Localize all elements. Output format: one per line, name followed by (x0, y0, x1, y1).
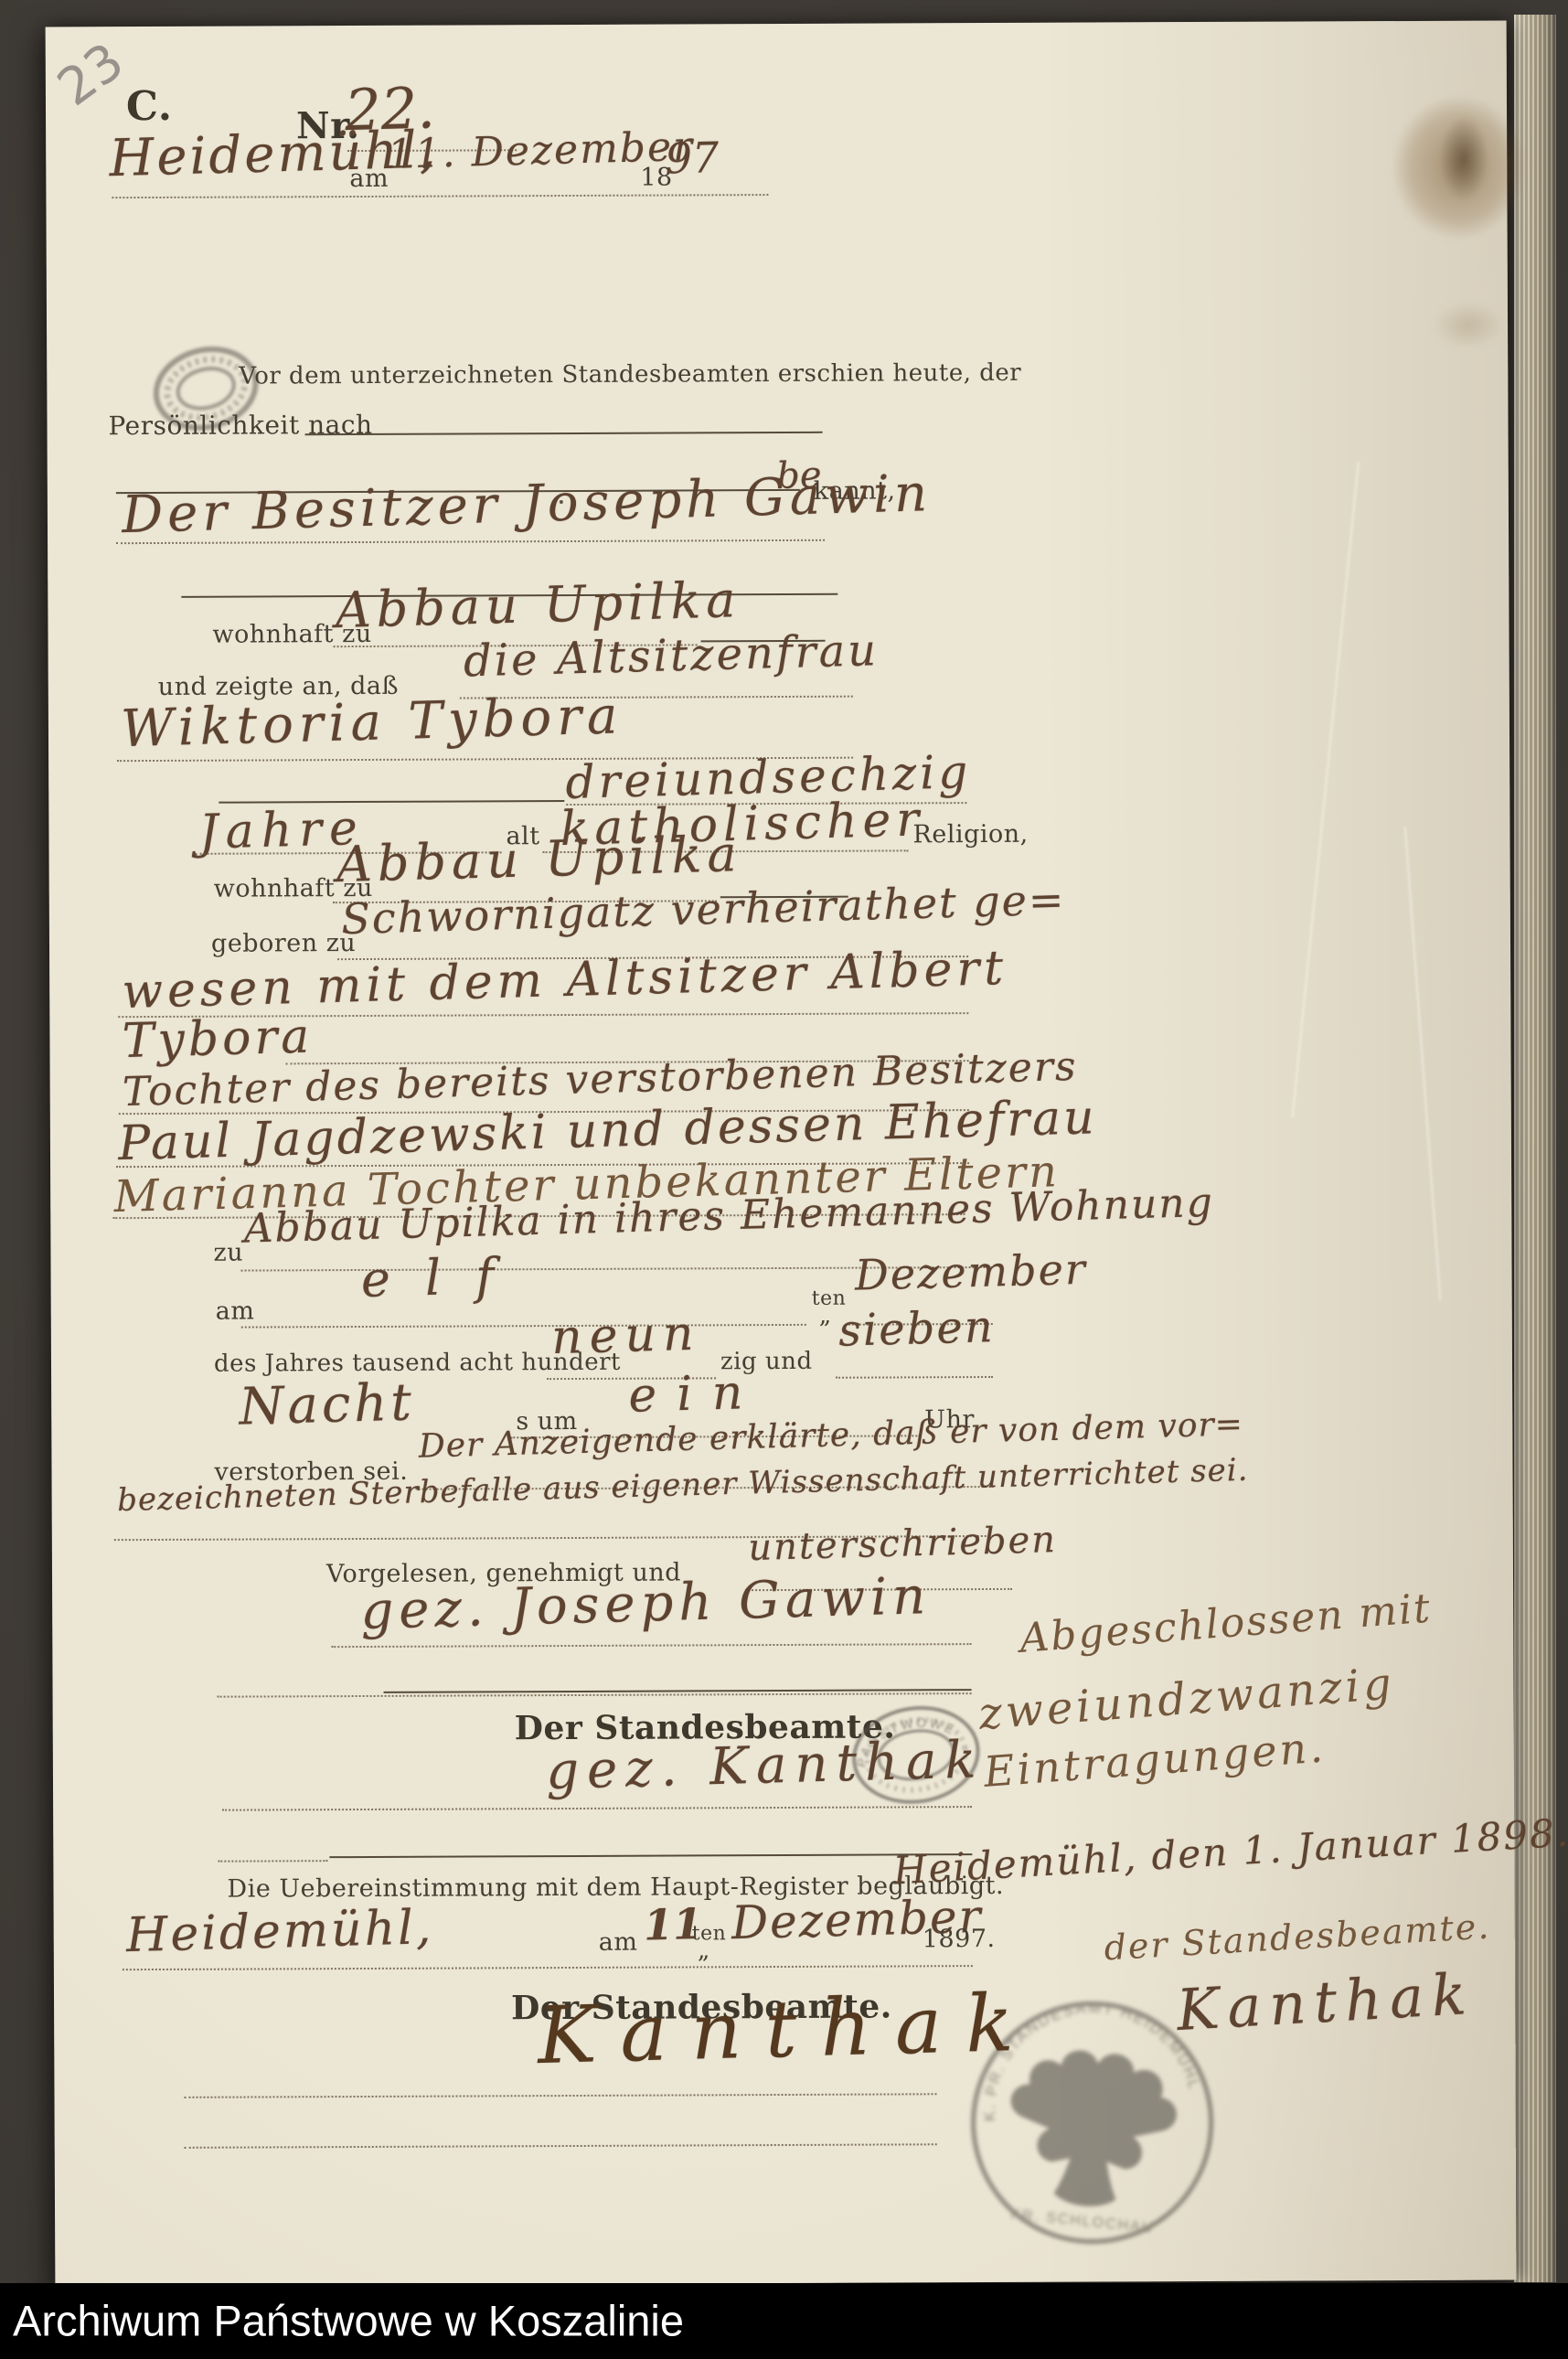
form-section-letter: C. (126, 83, 173, 130)
ten-abbrev-mark-2: „ (698, 1937, 710, 1964)
religion-label-printed: Religion, (912, 820, 1028, 849)
persoenlichkeit-label: Persönlichkeit nach (108, 410, 372, 441)
unterschrieben-handwritten: unterschrieben (748, 1519, 1058, 1569)
death-month-handwritten: Dezember (854, 1244, 1087, 1300)
hour-handwritten: ein (628, 1365, 763, 1424)
place-2-handwritten: Heidemühl, (125, 1900, 434, 1963)
rule (112, 194, 768, 198)
date-2-year-printed: 1897. (923, 1925, 996, 1953)
year-handwritten: 97 (665, 133, 720, 184)
rule (185, 2143, 937, 2149)
zu-printed: zu (213, 1239, 243, 1267)
deceased-intro-handwritten: die Altsitzenfrau (463, 624, 880, 687)
rule (218, 1860, 327, 1863)
archive-name-label: Archiwum Państwowe w Koszalinie (13, 2295, 684, 2345)
am-printed-3: am (599, 1928, 638, 1957)
pencil-folio-number: 23 (48, 32, 135, 119)
photographed-document: 23 C. Nr. 22. Heidemühl, am 11. Dezember… (0, 0, 1568, 2359)
am-printed-2: am (216, 1297, 255, 1326)
rule (218, 1692, 972, 1698)
geboren-zu-label: geboren zu (211, 929, 356, 958)
rule (123, 1965, 973, 1970)
time-word-handwritten: Nacht (239, 1372, 416, 1436)
rule (331, 1643, 971, 1648)
ten-abbrev-mark: „ (819, 1302, 832, 1329)
registrar-signature-2: Kanthak (537, 1977, 1039, 2082)
rule (329, 1853, 972, 1858)
printed-am: am (349, 165, 389, 193)
rule (184, 2093, 936, 2098)
ink-stain-core (1431, 101, 1498, 216)
rule (836, 1376, 993, 1379)
year-tens-handwritten: neun (550, 1307, 701, 1365)
rule (305, 432, 823, 435)
paper-stain (1423, 294, 1514, 355)
year-ones-handwritten: sieben (837, 1301, 995, 1357)
declarant-name-line: Der Besitzer Joseph Gawin (121, 464, 932, 545)
spouse-surname-handwritten: Tybora (122, 1009, 314, 1070)
certificate-page: 23 C. Nr. 22. Heidemühl, am 11. Dezember… (46, 21, 1517, 2287)
book-page-edges (1514, 15, 1556, 2282)
archive-watermark-bar: Archiwum Państwowe w Koszalinie (0, 2283, 1568, 2359)
registrar-signature-1: gez. Kanthak (545, 1730, 985, 1801)
intro-printed-line: Vor dem unterzeichneten Standesbeamten e… (239, 359, 1021, 390)
death-day-handwritten: elf (360, 1246, 529, 1308)
residence-2-handwritten: Abbau Upilka (336, 825, 742, 893)
prussian-eagle-icon (1001, 2044, 1182, 2214)
deceased-name-handwritten: Wiktoria Tybora (120, 686, 624, 759)
rule (241, 1324, 806, 1329)
residence-1-handwritten: Abbau Upilka (335, 571, 741, 639)
eagle-stamp-text-bottom: KR. SCHLOCHAU (1010, 2206, 1155, 2236)
